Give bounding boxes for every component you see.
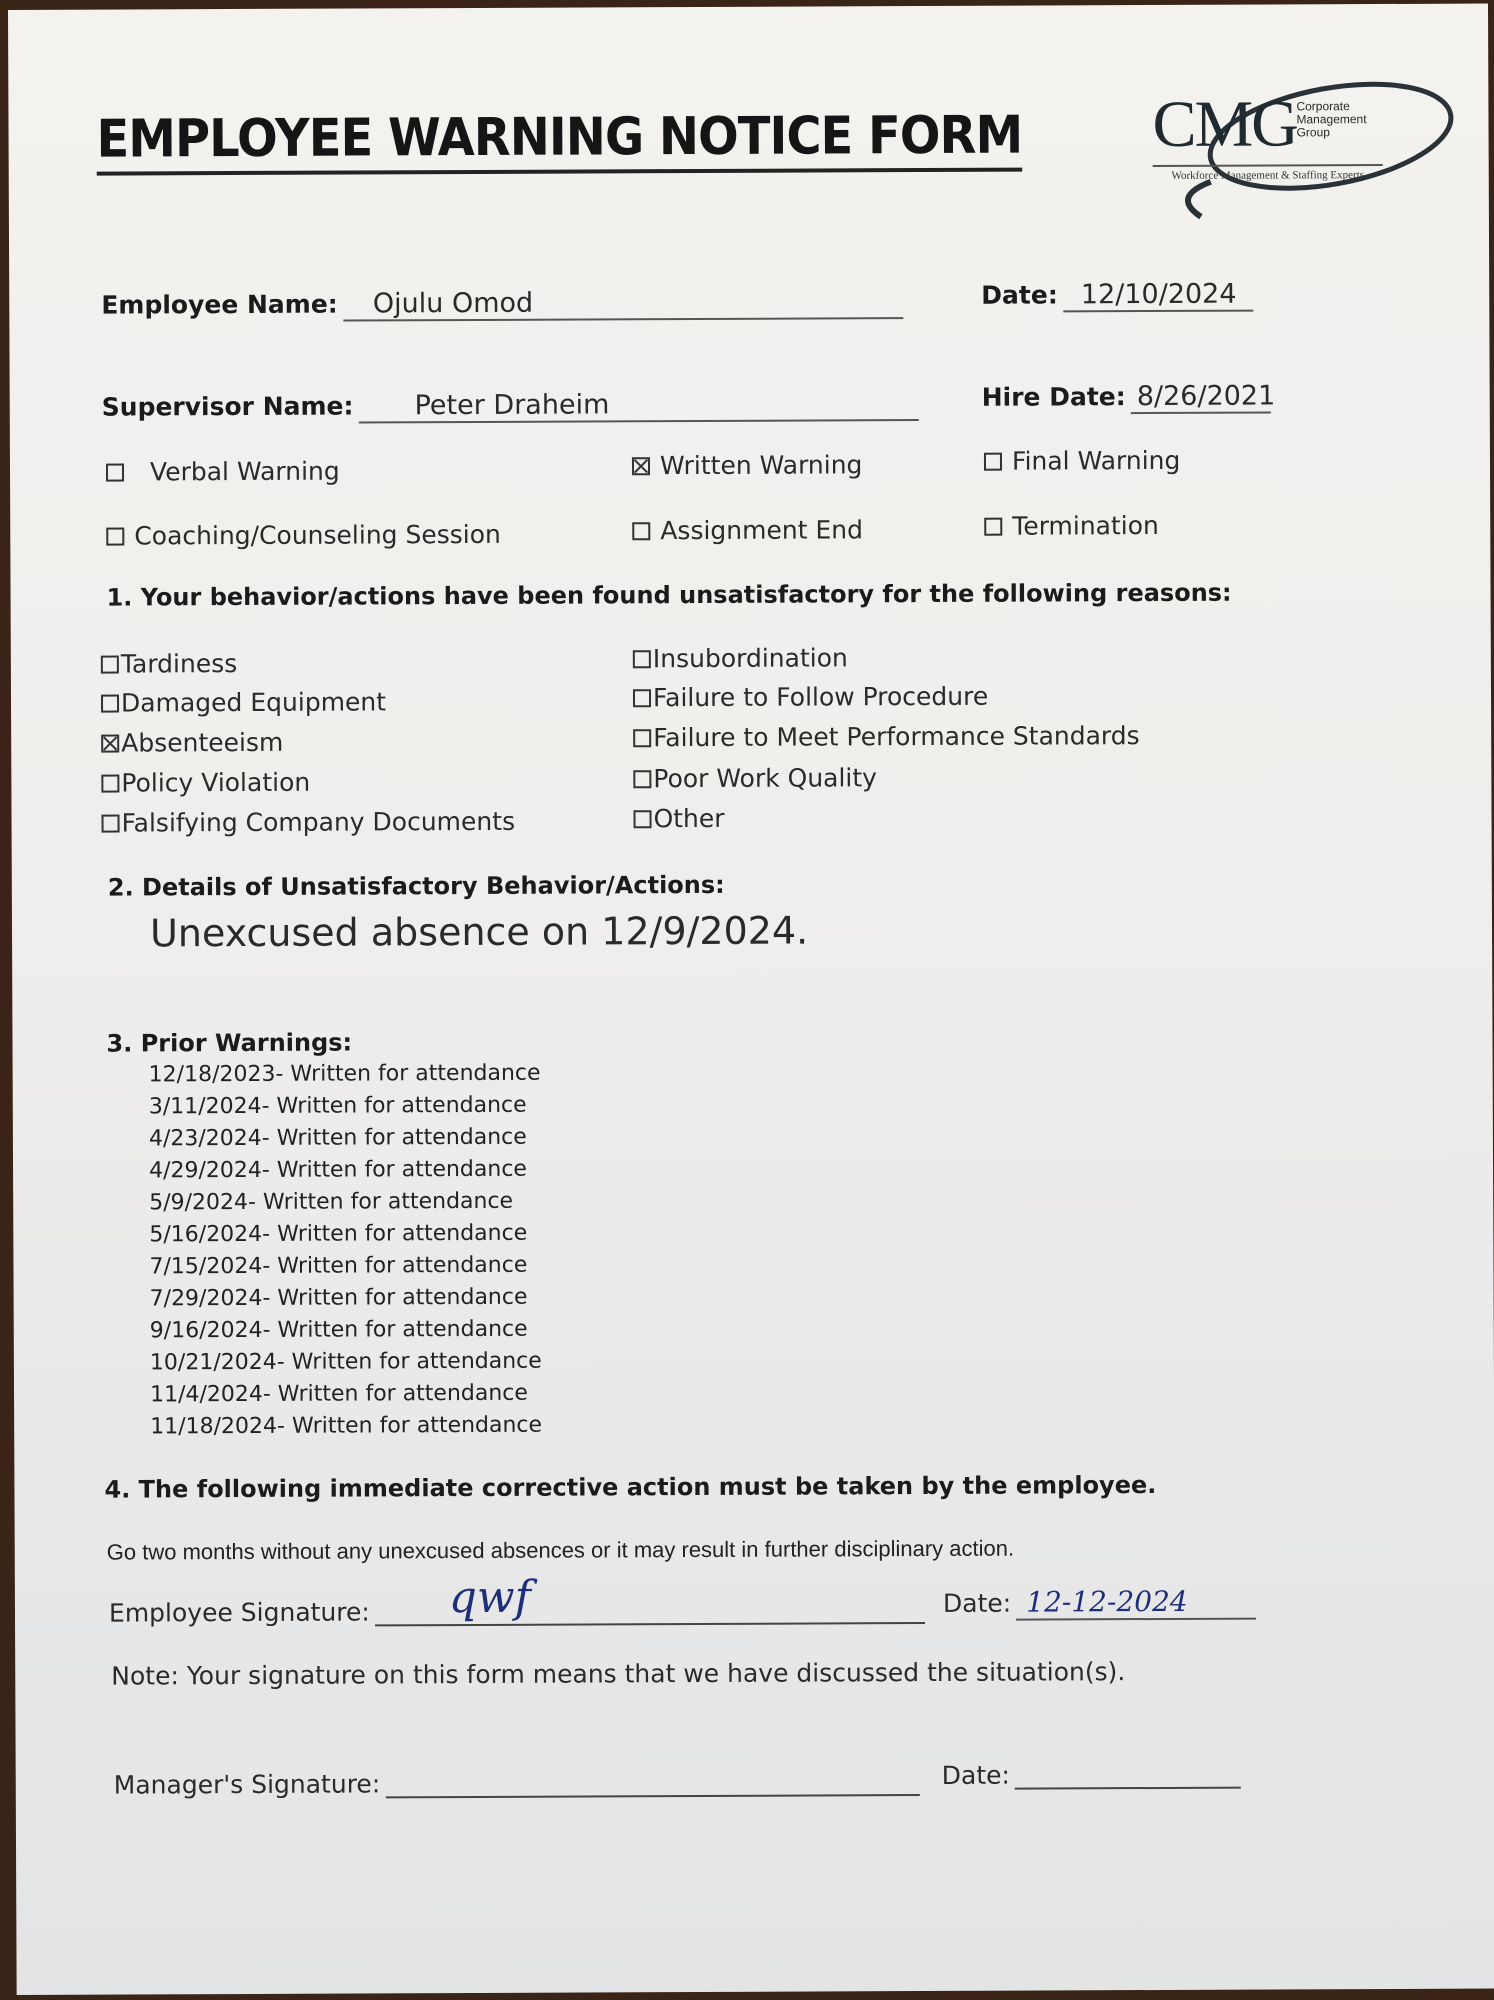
prior-warning-item: 4/23/2024- Written for attendance xyxy=(149,1122,541,1156)
employee-signature-value: qwf xyxy=(449,1572,531,1623)
prior-warning-item: 4/29/2024- Written for attendance xyxy=(149,1154,541,1188)
prior-warning-item: 3/11/2024- Written for attendance xyxy=(149,1090,541,1124)
section-1-heading: 1. Your behavior/actions have been found… xyxy=(107,579,1232,612)
supervisor-name-field[interactable]: Supervisor Name: Peter Draheim xyxy=(102,388,919,425)
section-3-heading: 3. Prior Warnings: xyxy=(106,1029,352,1058)
hire-date-label: Hire Date: xyxy=(982,382,1126,412)
manager-date-line[interactable] xyxy=(1015,1757,1241,1790)
manager-signature-line[interactable] xyxy=(385,1764,919,1798)
checked-box-icon[interactable] xyxy=(632,457,650,475)
date-field[interactable]: Date: 12/10/2024 xyxy=(981,279,1253,313)
checkbox-icon[interactable] xyxy=(633,770,651,788)
prior-warning-item: 9/16/2024- Written for attendance xyxy=(150,1314,542,1348)
reason-damaged-equipment[interactable]: Damaged Equipment xyxy=(101,687,386,717)
employee-date-label: Date: xyxy=(943,1589,1011,1618)
checkbox-icon[interactable] xyxy=(984,518,1002,536)
employee-signature-line[interactable]: qwf xyxy=(375,1592,925,1626)
company-logo: CMG Corporate Management Group Workforce… xyxy=(1140,76,1461,227)
prior-warning-item: 11/18/2024- Written for attendance xyxy=(150,1410,542,1444)
checkbox-final-warning[interactable]: Final Warning xyxy=(984,446,1180,476)
form-title: EMPLOYEE WARNING NOTICE FORM xyxy=(96,106,1022,176)
corrective-action[interactable]: Go two months without any unexcused abse… xyxy=(107,1536,1014,1566)
logo-mark: CMG xyxy=(1152,86,1297,163)
checkbox-coaching-session[interactable]: Coaching/Counseling Session xyxy=(106,520,501,551)
checkbox-icon[interactable] xyxy=(101,775,119,793)
reason-failure-to-follow-procedure[interactable]: Failure to Follow Procedure xyxy=(633,682,988,713)
manager-signature-label: Manager's Signature: xyxy=(114,1769,381,1799)
signature-note: Note: Your signature on this form means … xyxy=(111,1657,1125,1690)
checkbox-icon[interactable] xyxy=(106,527,124,545)
logo-tagline: Workforce Management & Staffing Experts xyxy=(1153,164,1383,182)
reason-insubordination[interactable]: Insubordination xyxy=(633,643,848,673)
prior-warning-item: 5/16/2024- Written for attendance xyxy=(149,1218,541,1252)
reason-failure-to-meet-standards[interactable]: Failure to Meet Performance Standards xyxy=(633,721,1140,752)
supervisor-name-value[interactable]: Peter Draheim xyxy=(358,388,918,423)
checkbox-icon[interactable] xyxy=(633,810,651,828)
hire-date-field[interactable]: Hire Date: 8/26/2021 xyxy=(982,380,1271,414)
employee-signature-field[interactable]: Employee Signature: qwf xyxy=(109,1592,925,1628)
manager-date-label: Date: xyxy=(942,1761,1010,1790)
reason-absenteeism[interactable]: Absenteeism xyxy=(101,728,283,758)
supervisor-name-label: Supervisor Name: xyxy=(102,391,354,421)
date-value[interactable]: 12/10/2024 xyxy=(1063,279,1253,313)
checkbox-written-warning[interactable]: Written Warning xyxy=(632,450,863,480)
checkbox-icon[interactable] xyxy=(633,689,651,707)
employee-name-label: Employee Name: xyxy=(101,290,338,320)
checkbox-assignment-end[interactable]: Assignment End xyxy=(632,515,863,545)
checkbox-icon[interactable] xyxy=(984,453,1002,471)
warning-notice-paper: EMPLOYEE WARNING NOTICE FORM CMG Corpora… xyxy=(8,4,1494,1995)
checkbox-termination[interactable]: Termination xyxy=(984,511,1159,541)
employee-name-field[interactable]: Employee Name: Ojulu Omod xyxy=(101,286,903,322)
checkbox-icon[interactable] xyxy=(101,656,119,674)
prior-warning-item: 10/21/2024- Written for attendance xyxy=(150,1346,542,1380)
prior-warning-item: 11/4/2024- Written for attendance xyxy=(150,1378,542,1412)
checkbox-icon[interactable] xyxy=(102,815,120,833)
prior-warning-item: 7/29/2024- Written for attendance xyxy=(150,1282,542,1316)
employee-date-value[interactable]: 12-12-2024 xyxy=(1016,1585,1256,1621)
reason-poor-work-quality[interactable]: Poor Work Quality xyxy=(633,763,877,793)
checkbox-icon[interactable] xyxy=(633,729,651,747)
employee-name-value[interactable]: Ojulu Omod xyxy=(343,286,903,321)
checkbox-icon[interactable] xyxy=(101,695,119,713)
reason-tardiness[interactable]: Tardiness xyxy=(101,649,238,679)
reason-policy-violation[interactable]: Policy Violation xyxy=(101,768,310,798)
reason-falsifying-documents[interactable]: Falsifying Company Documents xyxy=(101,807,515,838)
reason-other[interactable]: Other xyxy=(633,804,724,833)
checkbox-verbal-warning[interactable]: Verbal Warning xyxy=(106,457,340,487)
manager-date-field[interactable]: Date: xyxy=(942,1757,1241,1790)
prior-warning-item: 7/15/2024- Written for attendance xyxy=(149,1250,541,1284)
employee-date-field[interactable]: Date: 12-12-2024 xyxy=(943,1585,1256,1621)
manager-signature-field[interactable]: Manager's Signature: xyxy=(114,1764,920,1800)
employee-signature-label: Employee Signature: xyxy=(109,1597,370,1627)
checkbox-icon[interactable] xyxy=(633,650,651,668)
checkbox-icon[interactable] xyxy=(106,463,124,481)
section-2-heading: 2. Details of Unsatisfactory Behavior/Ac… xyxy=(108,871,725,902)
date-label: Date: xyxy=(981,280,1058,309)
checkbox-icon[interactable] xyxy=(632,522,650,540)
checked-box-icon[interactable] xyxy=(101,735,119,753)
logo-company-name: Corporate Management Group xyxy=(1296,100,1366,139)
prior-warning-item: 5/9/2024- Written for attendance xyxy=(149,1186,541,1220)
section-4-heading: 4. The following immediate corrective ac… xyxy=(104,1471,1156,1504)
behavior-details[interactable]: Unexcused absence on 12/9/2024. xyxy=(150,909,808,956)
prior-warning-item: 12/18/2023- Written for attendance xyxy=(149,1058,541,1092)
prior-warnings-list: 12/18/2023- Written for attendance3/11/2… xyxy=(149,1058,543,1444)
hire-date-value[interactable]: 8/26/2021 xyxy=(1131,380,1271,414)
